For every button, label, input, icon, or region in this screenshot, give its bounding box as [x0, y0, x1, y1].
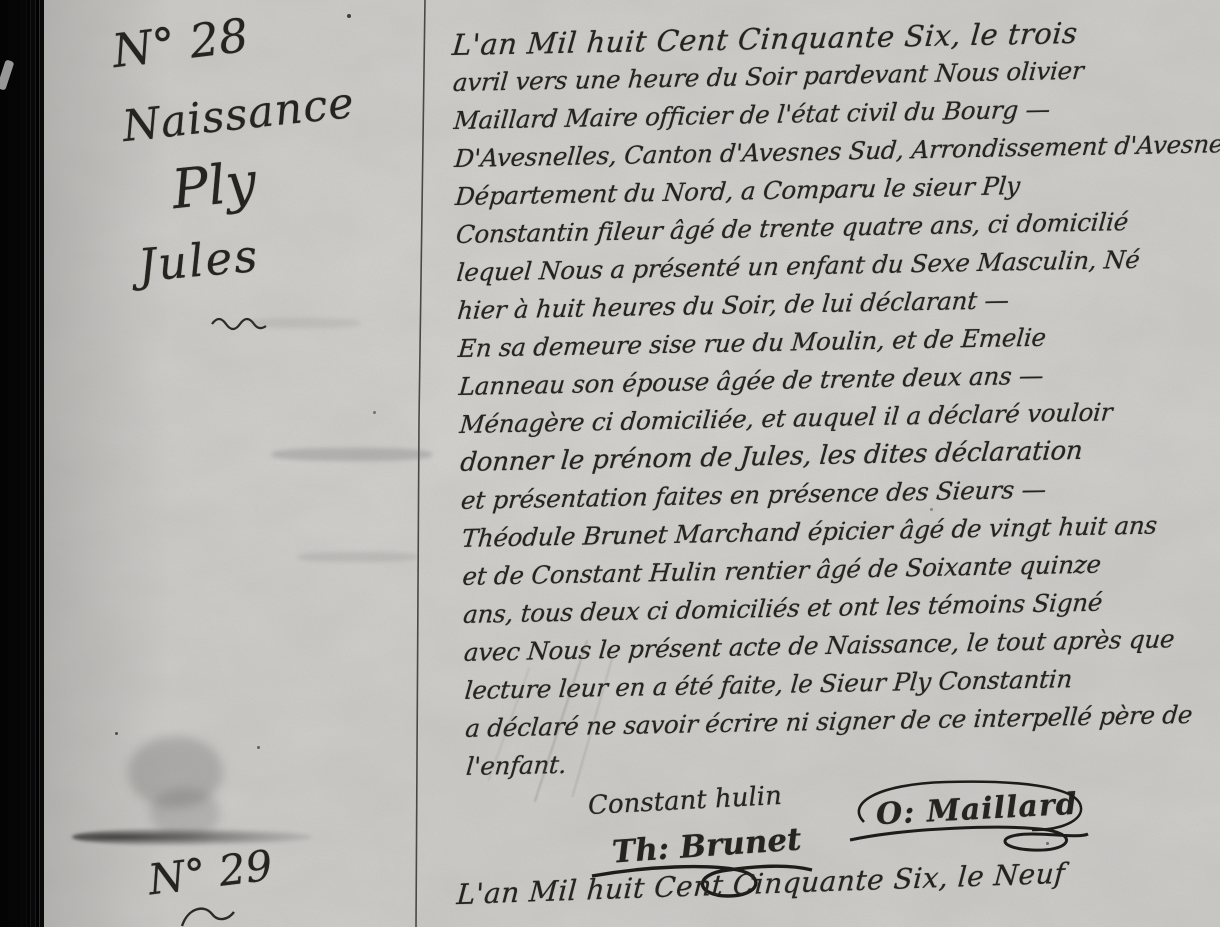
stain-blob	[150, 788, 220, 838]
signature-constant-hulin: Constant hulin	[587, 781, 782, 821]
book-binding-edge	[0, 0, 44, 927]
signature-o-maillard: O: Maillard	[875, 787, 1078, 833]
bleedthrough-ghost	[298, 552, 418, 562]
scanned-civil-register-page: N° 28 Naissance Ply Jules L'an Mil huit …	[0, 0, 1220, 927]
ink-speck	[930, 508, 933, 511]
ink-speck	[240, 120, 242, 122]
ink-speck	[1046, 842, 1049, 845]
record-number-28: N° 28	[109, 8, 251, 78]
ink-speck	[347, 14, 351, 18]
margin-surname: Ply	[169, 150, 259, 221]
signature-th-brunet: Th: Brunet	[611, 821, 803, 870]
margin-given-name: Jules	[136, 229, 261, 292]
bleedthrough-ghost	[272, 448, 432, 461]
ink-speck	[257, 746, 260, 749]
bleedthrough-ghost	[250, 318, 360, 328]
record-type-label: Naissance	[120, 78, 357, 152]
act-28-body: L'an Mil huit Cent Cinquante Six, le tro…	[452, 11, 1220, 785]
ink-speck	[373, 411, 376, 414]
record-number-29: N° 29	[145, 841, 275, 905]
partial-letter-mark	[178, 904, 238, 927]
ink-speck	[115, 732, 118, 735]
act-29-first-line: L'an Mil huit Cent Cinquante Six, le Neu…	[456, 857, 1067, 911]
